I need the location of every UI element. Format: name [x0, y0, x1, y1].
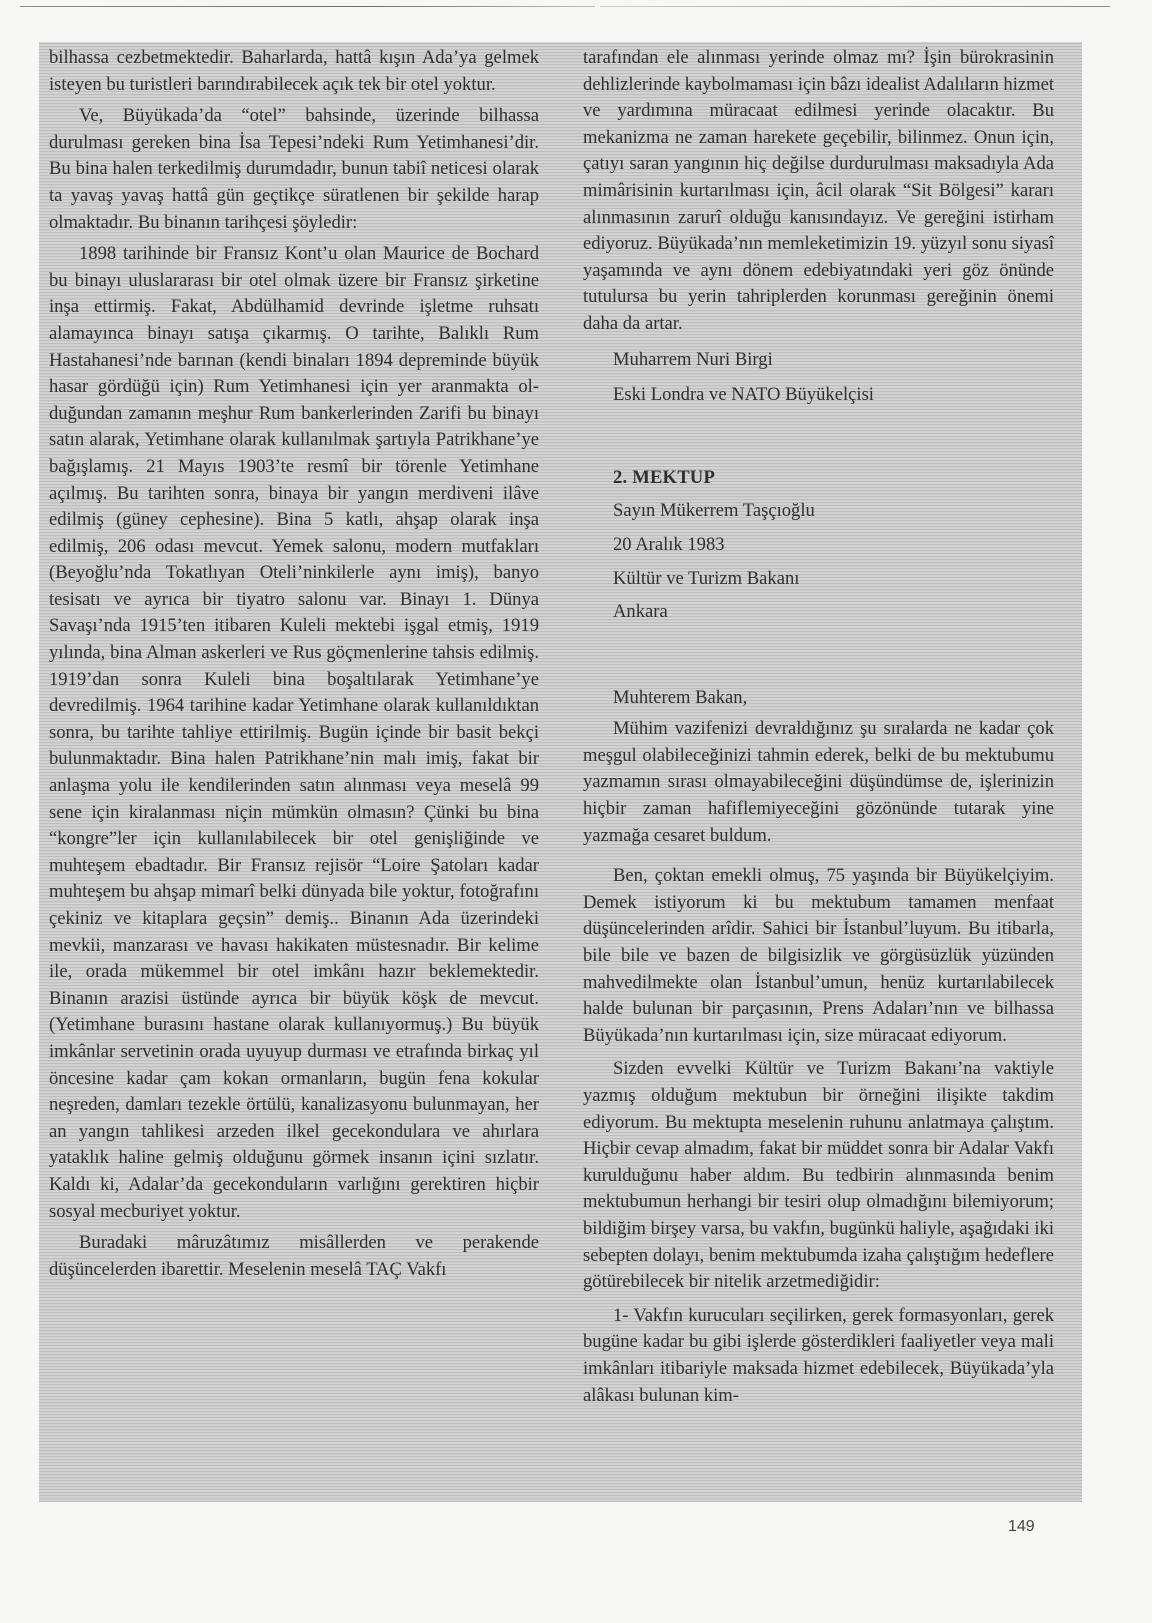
- salutation: Muhterem Bakan,: [583, 685, 1054, 712]
- paragraph: Sizden evvelki Kültür ve Turizm Bakanı’n…: [583, 1056, 1054, 1295]
- address-line: Sayın Mükerrem Taşçıoğlu: [583, 498, 1054, 525]
- paragraph: Ve, Büyükada’da “otel” bahsinde, üzerind…: [49, 103, 539, 236]
- page-number: 149: [1008, 1518, 1035, 1536]
- top-rule-right: [600, 6, 1110, 7]
- signature-name: Muharrem Nuri Birgi: [583, 347, 1054, 374]
- paragraph: tarafından ele alınması yerinde olmaz mı…: [583, 45, 1054, 338]
- signature-title: Eski Londra ve NATO Büyükelçisi: [583, 382, 1054, 409]
- paragraph: Buradaki mâruzâtımız misâllerden ve pera…: [49, 1230, 539, 1283]
- right-column: tarafından ele alınması yerinde olmaz mı…: [583, 45, 1054, 1409]
- top-rule-left: [20, 6, 595, 7]
- paragraph: 1- Vakfın kurucuları seçilirken, gerek f…: [583, 1303, 1054, 1409]
- address-line: Kültür ve Turizm Bakanı: [583, 566, 1054, 593]
- address-line: 20 Aralık 1983: [583, 532, 1054, 559]
- address-line: Ankara: [583, 599, 1054, 626]
- paragraph: 1898 tarihinde bir Fransız Kont’u olan M…: [49, 241, 539, 1225]
- left-column: bilhassa cezbetmektedir. Baharlarda, hat…: [49, 45, 539, 1283]
- paragraph: bilhassa cezbetmektedir. Baharlarda, hat…: [49, 45, 539, 98]
- letter-address: Sayın Mükerrem Taşçıoğlu 20 Aralık 1983 …: [583, 498, 1054, 625]
- paragraph: Mühim vazifenizi devraldığınız şu sırala…: [583, 716, 1054, 849]
- letter-heading: 2. MEKTUP: [583, 465, 1054, 492]
- paragraph: Ben, çoktan emekli olmuş, 75 yaşında bir…: [583, 863, 1054, 1049]
